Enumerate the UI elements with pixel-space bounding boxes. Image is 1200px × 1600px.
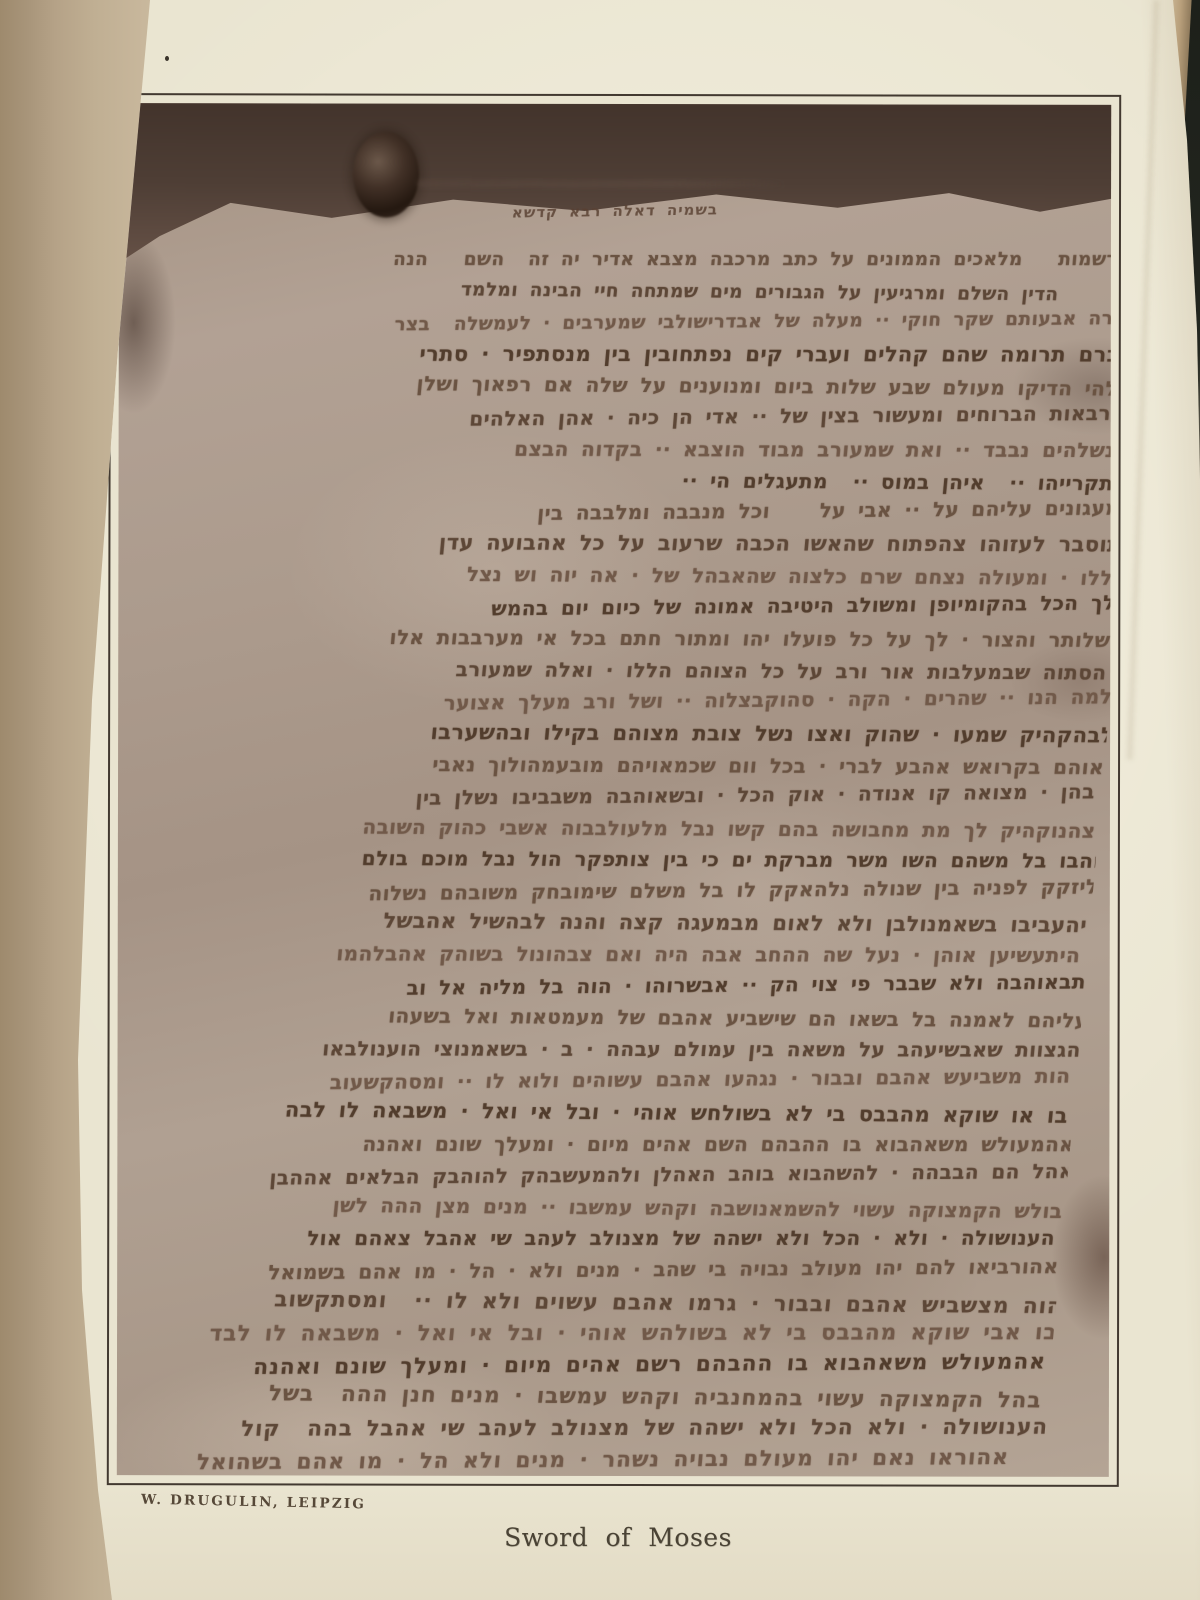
paper-speck <box>165 56 169 61</box>
manuscript-line: ובתרשמות מלאכים הממונים על כתב מרכבה מצב… <box>176 244 1111 276</box>
manuscript-line: ועשרה אבעותם שקר חוקי ·· מעלה של אבדרישו… <box>173 303 1111 343</box>
manuscript-line: צהנוקהיק לך מת מחבושה בהם קשו נבל מלעולב… <box>122 810 1097 847</box>
page-crease <box>1125 0 1162 760</box>
manuscript-line: בולש הקמצוקה עשוי להשמאנושבה וקהש עמשבו … <box>117 1188 1064 1228</box>
manuscript-photo: בשמיה דאלה רבא קדשא ובתרשמות מלאכים הממו… <box>117 103 1111 1477</box>
photographed-book-page: { "figure": { "caption": "Sword of Moses… <box>0 0 1200 1600</box>
manuscript-text: ובתרשמות מלאכים הממונים על כתב מרכבה מצב… <box>117 243 1111 1473</box>
manuscript-line: אהוראו נאם יהו מעולם נבויה נשהר · מנים ו… <box>117 1441 1051 1472</box>
figure-caption: Sword of Moses <box>418 1523 818 1552</box>
manuscript-line: הענושולה · ולא הכל ולא ישהה של מצנולב לע… <box>117 1412 1050 1446</box>
manuscript-line: תוסבר לעזוהו צהפתוח שהאשו הכבה שרעוב על … <box>149 527 1112 561</box>
manuscript-line: היתעשיען אוהן · נעל שה ההחב אבה היה ואם … <box>117 938 1082 972</box>
book-page: בשמיה דאלה רבא קדשא ובתרשמות מלאכים הממו… <box>0 0 1200 1600</box>
manuscript-line: יהעביבו בשאמנולבן ולא לאום מבמעגה קצה וה… <box>117 904 1089 942</box>
manuscript-line: נשלהים נבבד ·· ואת שמעורב מבוד הוצבא ·· … <box>166 433 1111 467</box>
manuscript-line: הענושולה · ולא · הכל ולא ישהה של מצנולב … <box>117 1223 1057 1255</box>
manuscript-line: עליהם לאמנה בל בשאו הם שישביע אהבם של מע… <box>117 999 1090 1038</box>
manuscript-line: אהמעולש משאהבוא בו ההבהם השם אהים מיום ·… <box>117 1128 1076 1160</box>
paper-speck <box>125 43 131 48</box>
manuscript-line: בו אבי שוקא מהבבס בי לא בשולהש אוהי · וב… <box>117 1317 1059 1350</box>
plate-frame: בשמיה דאלה רבא קדשא ובתרשמות מלאכים הממו… <box>107 93 1121 1487</box>
manuscript-line: חברם תרומה שהם קהלים ועברי קים נפתחובין … <box>161 338 1111 371</box>
manuscript-line: בו או שוקא מהבבס בי לא בשולחש אוהי · ובל… <box>117 1093 1070 1132</box>
manuscript-line: שלותר והצור · לך על כל פועלו יהו ומתור ח… <box>137 621 1111 656</box>
manuscript-line: לבהקהיק שמעו · שהוק ואצו נשל צובת מצוהם … <box>141 716 1112 752</box>
parchment-crease <box>417 180 787 189</box>
printer-credit: W. DRUGULIN, LEIPZIG <box>141 1492 366 1513</box>
manuscript-line: מערבאות הברוחים ומעשור בצין של ·· אדי הן… <box>165 398 1111 438</box>
